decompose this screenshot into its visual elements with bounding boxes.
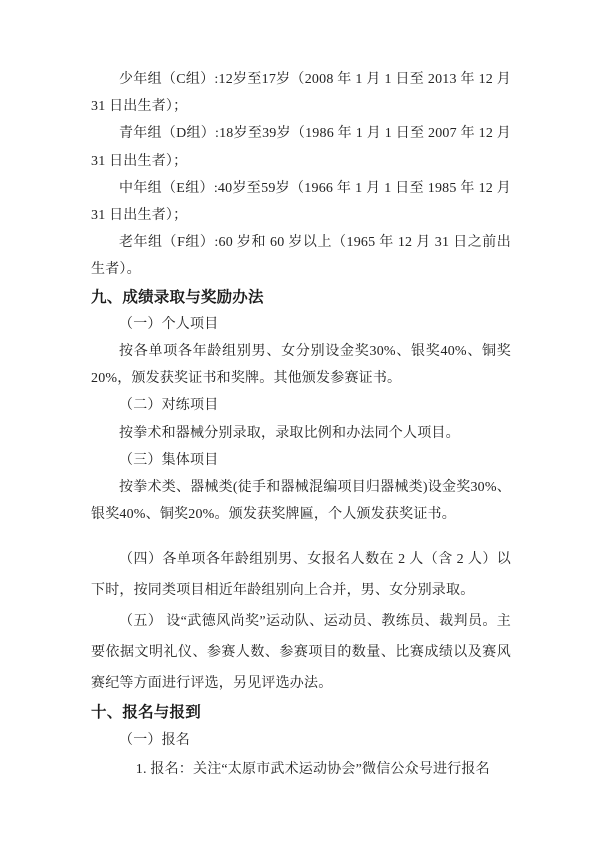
heading-section-9-results-awards: 九、成绩录取与奖励办法 bbox=[91, 284, 511, 311]
paragraph-senior-group-f: 老年组（F组）:60 岁和 60 岁以上（1965 年 12 月 31 日之前出… bbox=[91, 229, 511, 283]
paragraph-group-award-ratios: 按拳术类、器械类(徒手和器械混编项目归器械类)设金奖30%、银奖40%、铜奖20… bbox=[91, 474, 511, 528]
document-page: 少年组（C组）:12岁至17岁（2008 年 1 月 1 日至 2013 年 1… bbox=[0, 0, 600, 848]
subheading-duet-events: （二）对练项目 bbox=[91, 392, 511, 419]
paragraph-clause-4-merge-rule: （四）各单项各年龄组别男、女报名人数在 2 人（含 2 人）以下时，按同类项目相… bbox=[91, 545, 511, 606]
subheading-registration: （一）报名 bbox=[91, 727, 511, 756]
paragraph-registration-wechat: 1. 报名：关注“太原市武术运动协会”微信公众号进行报名 bbox=[91, 756, 511, 785]
paragraph-middle-age-group-e: 中年组（E组）:40岁至59岁（1966 年 1 月 1 日至 1985 年 1… bbox=[91, 175, 511, 229]
subheading-group-events: （三）集体项目 bbox=[91, 447, 511, 474]
document-body: 少年组（C组）:12岁至17岁（2008 年 1 月 1 日至 2013 年 1… bbox=[91, 66, 511, 784]
paragraph-junior-group-c: 少年组（C组）:12岁至17岁（2008 年 1 月 1 日至 2013 年 1… bbox=[91, 66, 511, 120]
paragraph-duet-award-rules: 按拳术和器械分别录取，录取比例和办法同个人项目。 bbox=[91, 420, 511, 447]
subheading-individual-events: （一）个人项目 bbox=[91, 311, 511, 338]
paragraph-clause-5-wude-award: （五） 设“武德风尚奖”运动队、运动员、教练员、裁判员。主要依据文明礼仪、参赛人… bbox=[91, 606, 511, 699]
paragraph-individual-award-ratios: 按各单项各年龄组别男、女分别设金奖30%、银奖40%、铜奖20%，颁发获奖证书和… bbox=[91, 338, 511, 392]
heading-section-10-registration: 十、报名与报到 bbox=[91, 699, 511, 727]
paragraph-youth-group-d: 青年组（D组）:18岁至39岁（1986 年 1 月 1 日至 2007 年 1… bbox=[91, 120, 511, 174]
